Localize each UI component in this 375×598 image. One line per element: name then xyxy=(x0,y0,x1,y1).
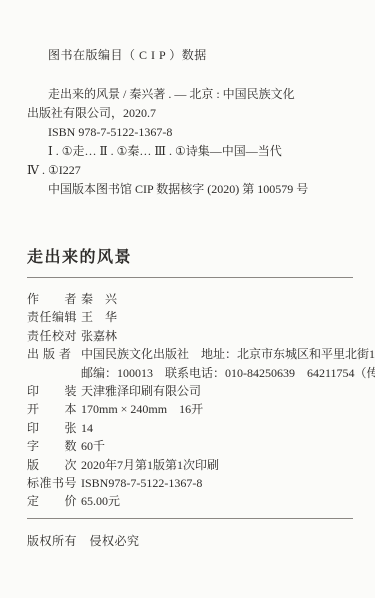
colophon-row-price: 定 价 65.00元 xyxy=(27,492,355,510)
row-value: 天津雅泽印刷有限公司 xyxy=(81,382,355,400)
colophon-row-word-count: 字 数 60千 xyxy=(27,437,355,455)
colophon-row-proofreader: 责任校对 张嘉林 xyxy=(27,327,355,345)
divider-top xyxy=(27,277,353,278)
row-label: 版 次 xyxy=(27,456,81,474)
cip-publisher-line: 出版社有限公司，2020.7 xyxy=(27,104,355,123)
cip-record-number-line: 中国版本图书馆 CIP 数据核字 (2020) 第 100579 号 xyxy=(27,180,355,199)
row-value: 60千 xyxy=(81,437,355,455)
colophon-row-publisher: 出 版 者 中国民族文化出版社 地址：北京市东城区和平里北街14号 xyxy=(27,345,355,363)
row-value: 秦 兴 xyxy=(81,290,355,308)
divider-bottom xyxy=(27,518,353,519)
row-label: 印 装 xyxy=(27,382,81,400)
cip-title-line: 走出来的风景 / 秦兴著 . — 北京 : 中国民族文化 xyxy=(27,85,355,104)
row-value: 中国民族文化出版社 地址：北京市东城区和平里北街14号 xyxy=(81,345,375,363)
colophon-row-editor: 责任编辑 王 华 xyxy=(27,308,355,326)
copyright-notice: 版权所有 侵权必究 xyxy=(27,532,355,551)
cip-class-code-line: Ⅳ . ①I227 xyxy=(27,161,355,180)
row-label: 出 版 者 xyxy=(27,345,81,363)
colophon-row-edition: 版 次 2020年7月第1版第1次印刷 xyxy=(27,456,355,474)
row-label: 开 本 xyxy=(27,400,81,418)
colophon-row-format: 开 本 170mm × 240mm 16开 xyxy=(27,400,355,418)
row-value: 170mm × 240mm 16开 xyxy=(81,400,355,418)
cip-block: 走出来的风景 / 秦兴著 . — 北京 : 中国民族文化 出版社有限公司，202… xyxy=(27,85,355,199)
row-label: 责任编辑 xyxy=(27,308,81,326)
colophon: 作 者 秦 兴 责任编辑 王 华 责任校对 张嘉林 出 版 者 中国民族文化出版… xyxy=(27,290,355,511)
copyright-page: 图书在版编目（ C I P ）数据 走出来的风景 / 秦兴著 . — 北京 : … xyxy=(0,0,375,598)
row-value: 2020年7月第1版第1次印刷 xyxy=(81,456,355,474)
row-value: 65.00元 xyxy=(81,492,355,510)
row-value: 14 xyxy=(81,419,355,437)
colophon-row-isbn: 标准书号 ISBN978-7-5122-1367-8 xyxy=(27,474,355,492)
cip-isbn-line: ISBN 978-7-5122-1367-8 xyxy=(27,123,355,142)
row-value: 王 华 xyxy=(81,308,355,326)
cip-heading: 图书在版编目（ C I P ）数据 xyxy=(27,46,355,65)
row-label: 字 数 xyxy=(27,437,81,455)
row-label: 印 张 xyxy=(27,419,81,437)
colophon-row-printer: 印 装 天津雅泽印刷有限公司 xyxy=(27,382,355,400)
colophon-row-sheets: 印 张 14 xyxy=(27,419,355,437)
row-label: 责任校对 xyxy=(27,327,81,345)
row-label: 标准书号 xyxy=(27,474,81,492)
row-label: 定 价 xyxy=(27,492,81,510)
colophon-row-author: 作 者 秦 兴 xyxy=(27,290,355,308)
cip-classification-line: Ⅰ . ①走… Ⅱ . ①秦… Ⅲ . ①诗集—中国—当代 xyxy=(27,142,355,161)
row-label: 作 者 xyxy=(27,290,81,308)
row-value: 张嘉林 xyxy=(81,327,355,345)
colophon-row-publisher-contact: 邮编：100013 联系电话：010-84250639 64211754（传真） xyxy=(27,364,355,382)
book-title: 走出来的风景 xyxy=(27,247,355,269)
row-value: ISBN978-7-5122-1367-8 xyxy=(81,474,355,492)
